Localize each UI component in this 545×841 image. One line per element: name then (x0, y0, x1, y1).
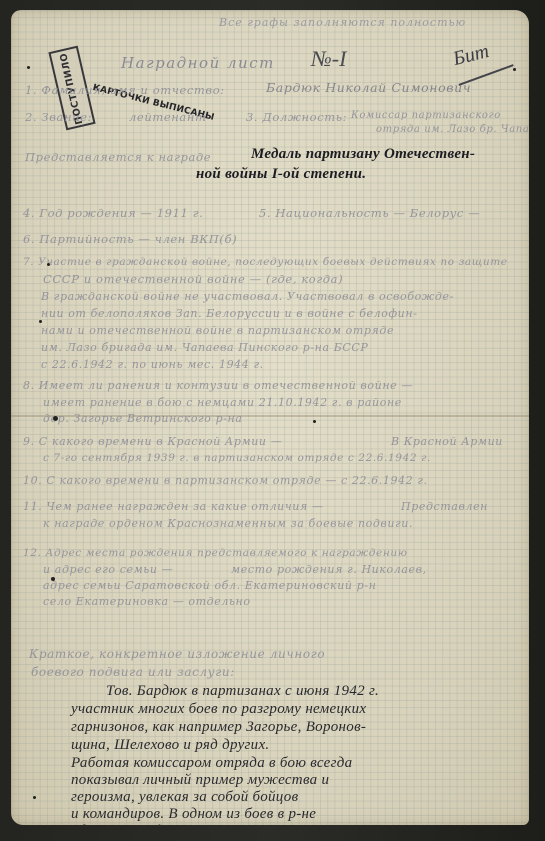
field-7-label-2: СССР и отечественной войне — (где, когда… (43, 272, 343, 286)
summary-line-6: показывал личный пример мужества и (71, 772, 329, 789)
paper-speck (33, 796, 36, 799)
field-11-label: 11. Чем ранее награжден за какие отличия… (23, 500, 324, 513)
field-1-value: Бардюк Николай Симонович (266, 80, 471, 95)
field-10-partisan-since: 10. С какого времени в партизанском отря… (23, 474, 428, 487)
nomination-value-1: Медаль партизану Отечествен- (251, 146, 475, 163)
field-7-value-5: с 22.6.1942 г. по июнь мес. 1944 г. (41, 358, 264, 371)
nomination-label: Представляется к награде (25, 150, 211, 164)
field-3-value-2: отряда им. Лазо бр. Чапаева (376, 124, 529, 135)
field-9-label: 9. С какого времени в Красной Армии — (23, 435, 282, 448)
paper-speck (313, 420, 316, 423)
field-2-label: 2. Звание: (25, 110, 92, 124)
field-8-value-1: имеет ранение в бою с немцами 21.10.1942… (43, 396, 402, 409)
field-3-label: 3. Должность: (246, 110, 347, 124)
number-mark: №-I (311, 46, 346, 72)
field-7-value-3: нами и отечественной войне в партизанско… (41, 324, 394, 337)
field-6-party: 6. Партийность — член ВКП(б) (23, 232, 237, 246)
paper-speck (47, 263, 50, 266)
summary-line-9: д. Загорье был сильно ранен (81, 823, 268, 825)
summary-line-8: и командиров. В одном из боев в р-не (71, 806, 316, 823)
paper-speck (53, 416, 58, 421)
field-12-label-2: и адрес его семьи — (43, 563, 173, 576)
paper-speck (513, 68, 516, 71)
field-9-value-2: с 7-го сентября 1939 г. в партизанском о… (43, 452, 431, 464)
field-11-value-2: к награде орденом Краснознаменным за бое… (43, 517, 413, 530)
award-sheet-page: Все графы заполняются полностью Наградно… (11, 10, 529, 825)
summary-line-5: Работая комиссаром отряда в бою всегда (71, 755, 352, 772)
field-11-value-1: Представлен (401, 500, 488, 513)
field-8-value-2: дер. Загорье Ветринского р-на (43, 412, 243, 425)
field-7-value-1: В гражданской войне не участвовал. Участ… (41, 290, 454, 303)
nomination-value-2: ной войны I-ой степени. (196, 166, 366, 183)
summary-label-2: боевого подвига или заслуги: (31, 665, 235, 679)
page-title: Наградной лист (121, 54, 275, 72)
field-9-value-1: В Красной Армии (391, 435, 503, 448)
summary-line-4: щина, Шелехово и ряд других. (71, 737, 270, 754)
field-12-value-2: адрес семьи Саратовской обл. Екатериновс… (43, 579, 377, 592)
top-note: Все графы заполняются полностью (219, 16, 466, 29)
field-2-value: лейтенант (129, 110, 207, 124)
summary-line-7: героизма, увлекая за собой бойцов (71, 789, 298, 806)
signature-mark: Бит (451, 40, 492, 71)
field-12-label-1: 12. Адрес места рождения представляемого… (23, 547, 408, 559)
paper-speck (51, 577, 55, 581)
field-7-value-4: им. Лазо бригада им. Чапаева Пинского р-… (41, 341, 368, 354)
field-7-label-1: 7. Участие в гражданской войне, последую… (23, 256, 508, 268)
field-8-label: 8. Имеет ли ранения и контузии в отечест… (23, 379, 413, 392)
field-12-value-3: село Екатериновка — отдельно (43, 595, 251, 608)
summary-line-2: участник многих боев по разгрому немецки… (71, 701, 366, 718)
field-12-value-1: место рождения г. Николаев, (231, 563, 427, 576)
field-5-nationality: 5. Национальность — Белорус — (259, 206, 480, 220)
field-3-value-1: Комиссар партизанского (351, 110, 501, 121)
field-4-birth-year: 4. Год рождения — 1911 г. (23, 206, 203, 220)
field-7-value-2: нии от белополяков Зап. Белоруссии и в в… (41, 307, 418, 320)
summary-line-3: гарнизонов, как например Загорье, Вороно… (71, 719, 366, 736)
paper-speck (27, 66, 30, 69)
field-1-label: 1. Фамилия, имя и отчество: (25, 83, 225, 97)
summary-line-1: Тов. Бардюк в партизанах с июня 1942 г. (106, 683, 379, 700)
summary-label-1: Краткое, конкретное изложение личного (29, 647, 325, 661)
paper-speck (39, 320, 42, 323)
